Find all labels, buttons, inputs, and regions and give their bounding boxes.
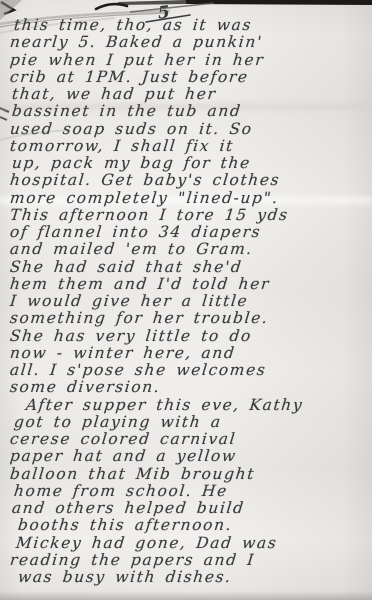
handwritten-line: of flannel into 34 diapers (9, 224, 370, 241)
handwritten-line: that, we had put her (9, 86, 370, 103)
handwritten-lines: this time, tho, as it wasnearly 5. Baked… (9, 17, 368, 586)
handwritten-line: I would give her a little (9, 293, 370, 310)
pen-flourish-mark (96, 4, 127, 9)
top-crease-line-right (130, 3, 214, 12)
handwritten-line: some diversion. (9, 379, 370, 396)
handwritten-line: paper hat and a yellow (9, 448, 370, 465)
handwritten-line: up, pack my bag for the (9, 155, 370, 172)
handwritten-line: pie when I put her in her (9, 52, 370, 69)
left-edge-fold-mark-1 (0, 108, 9, 112)
top-left-tear-mark (1, 2, 14, 14)
bottom-edge-shade (0, 591, 372, 600)
handwritten-line: Mickey had gone, Dad was (9, 535, 370, 552)
handwritten-line: crib at 1PM. Just before (9, 69, 370, 86)
handwritten-line: this time, tho, as it was (9, 17, 370, 34)
handwritten-line: home from school. He (9, 483, 370, 500)
handwritten-line: balloon that Mib brought (9, 466, 370, 483)
top-edge-dark-band (186, 0, 372, 5)
handwritten-line: After supper this eve, Kathy (9, 397, 370, 414)
handwritten-line: now - winter here, and (9, 345, 370, 362)
handwritten-line: She had said that she'd (9, 259, 370, 276)
handwritten-line: something for her trouble. (9, 310, 370, 327)
handwritten-line: and others helped build (9, 500, 370, 517)
handwritten-line: nearly 5. Baked a punkin' (9, 34, 370, 51)
handwritten-line: tomorrow, I shall fix it (9, 138, 370, 155)
handwritten-letter-page: 5 this time, tho, as it wasnearly 5. Bak… (0, 0, 372, 600)
left-edge-fold-mark-2 (0, 117, 7, 120)
handwritten-line: She has very little to do (9, 328, 370, 345)
handwritten-line: was busy with dishes. (9, 569, 370, 586)
handwritten-line: reading the papers and I (9, 552, 370, 569)
handwritten-line: all. I s'pose she welcomes (9, 362, 370, 379)
handwritten-line: booths this afternoon. (9, 517, 370, 534)
handwritten-line: bassinet in the tub and (9, 103, 370, 120)
handwritten-line: and mailed 'em to Gram. (9, 241, 370, 258)
handwritten-line: more completely "lined-up". (9, 190, 370, 207)
handwritten-line: This afternoon I tore 15 yds (9, 207, 370, 224)
handwritten-line: hem them and I'd told her (9, 276, 370, 293)
handwritten-line: cerese colored carnival (9, 431, 370, 448)
handwritten-line: got to playing with a (9, 414, 370, 431)
handwritten-line: hospital. Get baby's clothes (9, 172, 370, 189)
handwritten-line: used soap suds on it. So (9, 121, 370, 138)
top-edge-dark-taper (118, 0, 186, 5)
